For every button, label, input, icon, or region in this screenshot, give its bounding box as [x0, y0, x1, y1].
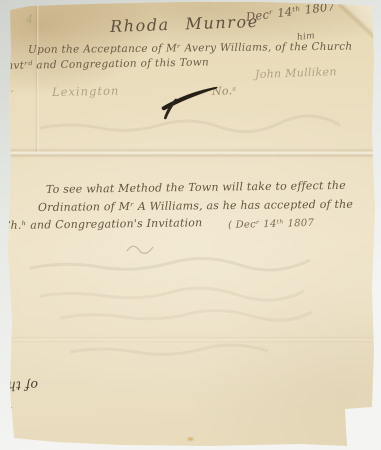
manuscript-scan: 4 Rhoda Munroe Decʳ 14ᵗʰ 1807 him Upon t… — [0, 0, 381, 450]
bold-pen-flourish — [158, 82, 220, 120]
place-name: Lexington — [52, 84, 120, 99]
manuscript-paper: 4 Rhoda Munroe Decʳ 14ᵗʰ 1807 him Upon t… — [0, 0, 381, 450]
pencil-mark-left-margin: 4, — [4, 83, 14, 94]
faint-squiggle-mark — [124, 239, 158, 257]
body-line-3-date: ( Decʳ 14ᵗʰ 1807 — [228, 218, 314, 231]
inverted-docket-line-2: It is in consequence of Mʳ Avery William… — [0, 404, 12, 432]
pencil-mark-top-left: 4 — [26, 13, 33, 26]
